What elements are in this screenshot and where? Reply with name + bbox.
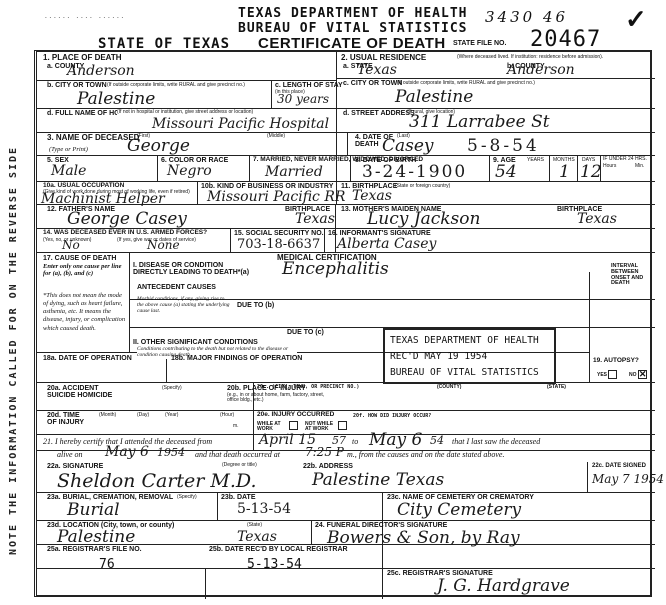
year-label: (Year) [165, 413, 178, 418]
place-of-death-label: 1. PLACE OF DEATH [43, 54, 122, 62]
alive-on-year: 1954 [157, 446, 185, 459]
res-county-value: Anderson [507, 62, 575, 78]
checkmark-icon: ✓ [625, 4, 647, 35]
registrar-file-value: 76 [99, 557, 115, 572]
day-label: (Day) [137, 413, 149, 418]
mother-maiden-name-value: Lucy Jackson [367, 209, 480, 229]
burial-date-value: 5-13-54 [237, 501, 291, 517]
burial-state-value: Texas [237, 529, 277, 545]
armed-forces-label: 14. WAS DECEASED EVER IN U.S. ARMED FORC… [43, 230, 207, 237]
how-injury-occurred-label: 20f. HOW DID INJURY OCCUR? [353, 414, 431, 419]
faded-stamp: ...... .... ...... [45, 10, 126, 20]
due-to-c-label: DUE TO (c) [287, 329, 324, 336]
burial-value: Burial [67, 500, 120, 520]
dob-value: 3-24-1900 [362, 162, 467, 182]
cause-of-death-note: Enter only one cause per line for (a), (… [43, 264, 125, 278]
cause-footnote: *This does not mean the mode of dying, s… [43, 292, 127, 333]
father-birthplace-value: Texas [295, 211, 335, 227]
injury-occurred-label: 20e. INJURY OCCURRED [257, 412, 334, 419]
received-stamp-line-3: BUREAU OF VITAL STATISTICS [390, 365, 549, 381]
armed-forces-war-value: None [147, 238, 180, 252]
street-address-value: 311 Larrabee St [409, 112, 550, 132]
certify-text-3: m., from the causes and on the date stat… [347, 451, 504, 459]
while-at-work-checkbox[interactable] [289, 421, 298, 430]
operation-date-label: 18a. DATE OF OPERATION [43, 355, 132, 362]
received-stamp-line-2: REC'D MAY 19 1954 [390, 349, 549, 365]
burial-location-value: Palestine [57, 527, 135, 547]
death-county-value: Anderson [67, 63, 135, 79]
date-of-death-value: 5-8-54 [467, 136, 540, 156]
bureau-title: BUREAU OF VITAL STATISTICS [238, 21, 468, 36]
due-to-b-label: DUE TO (b) [237, 302, 274, 309]
autopsy-no-checkbox[interactable]: ✕ [638, 370, 647, 379]
hours-label: Hours [603, 164, 616, 169]
autopsy-yes-checkbox[interactable] [608, 370, 617, 379]
death-city-note: (If outside corporate limits, write RURA… [107, 83, 245, 88]
autopsy-yes-label: YES [597, 372, 607, 378]
certificate-form: 1. PLACE OF DEATH a. COUNTY Anderson b. … [34, 50, 652, 597]
street-address-label: d. STREET ADDRESS [343, 110, 415, 117]
race-value: Negro [167, 163, 212, 179]
age-months-value: 1 [559, 162, 570, 182]
alive-on-label: alive on [57, 451, 83, 459]
under-24-hours-label: IF UNDER 24 HRS. [603, 157, 647, 162]
armed-forces-value: No [62, 238, 80, 252]
injury-county-label: (COUNTY) [437, 385, 461, 390]
physician-address-value: Palestine Texas [312, 470, 444, 490]
handwritten-number: 3430 46 [485, 8, 568, 26]
m-label: m. [233, 424, 239, 429]
burial-note: (Specify) [177, 495, 197, 500]
date-of-death-label: 4. DATE OF DEATH [355, 134, 395, 149]
sex-value: Male [51, 163, 86, 179]
attended-to-year: 54 [430, 434, 444, 447]
injury-location-label: 20c. (CITY, TOWN, OR PRECINCT NO.) [257, 385, 359, 390]
occupation-value: Machinist Helper [41, 191, 165, 207]
age-days-value: 12 [580, 162, 602, 182]
injury-state-label: (STATE) [547, 385, 566, 390]
accident-specify: (Specify) [162, 386, 182, 391]
ssn-value: 703-18-6637 [237, 237, 320, 252]
father-name-value: George Casey [67, 209, 187, 229]
usual-residence-note: (Where deceased lived. If institution: r… [457, 55, 603, 60]
middle-name-label: (Middle) [267, 134, 285, 139]
disease-condition-value: Encephalitis [282, 259, 389, 279]
month-label: (Month) [99, 413, 116, 418]
deceased-name-label: 3. NAME OF DECEASED [47, 134, 139, 142]
hospital-value: Missouri Pacific Hospital [152, 116, 329, 132]
res-city-label: c. CITY OR TOWN [343, 80, 402, 87]
res-city-note: (If outside corporate limits, write RURA… [397, 81, 535, 86]
burial-state-label: (State) [247, 523, 262, 528]
res-state-value: Texas [357, 62, 397, 78]
mother-birthplace-value: Texas [577, 211, 617, 227]
date-signed-label: 22c. DATE SIGNED [592, 463, 646, 469]
local-registrar-date-label: 25b. DATE REC'D BY LOCAL REGISTRAR [209, 546, 348, 553]
birthplace-value: Texas [352, 188, 392, 204]
cause-of-death-label: 17. CAUSE OF DEATH [43, 255, 116, 262]
to-word: to [352, 438, 358, 446]
alive-on-date: May 6 [105, 444, 149, 460]
autopsy-no-label: NO [629, 372, 637, 378]
accident-label: 20a. ACCIDENT SUICIDE HOMICIDE [47, 385, 117, 400]
state-file-number: 20467 [530, 27, 601, 52]
first-name-value: George [127, 136, 190, 156]
res-city-value: Palestine [395, 87, 473, 107]
autopsy-label: 19. AUTOPSY? [593, 358, 639, 365]
received-stamp-line-1: TEXAS DEPARTMENT OF HEALTH [390, 333, 549, 349]
not-while-at-work-checkbox[interactable] [338, 421, 347, 430]
certify-text-2: that I last saw the deceased [452, 438, 540, 446]
place-of-injury-note: (e.g., in or about home, farm, factory, … [227, 393, 337, 404]
funeral-director-signature: Bowers & Son, by Ray [327, 528, 520, 548]
interval-label: INTERVAL BETWEEN ONSET AND DEATH [611, 264, 655, 287]
hospital-note: (If not in hospital or institution, give… [117, 110, 253, 115]
antecedent-causes-label: ANTECEDENT CAUSES [137, 284, 216, 291]
death-time-value: 7:25 P [305, 445, 344, 459]
business-value: Missouri Pacific RR [207, 189, 345, 205]
degree-title-label: (Degree or title) [222, 463, 257, 468]
not-while-at-work-label: NOT WHILE AT WORK [305, 422, 339, 433]
received-stamp: TEXAS DEPARTMENT OF HEALTH REC'D MAY 19 … [383, 328, 556, 384]
local-registrar-date-value: 5-13-54 [247, 557, 302, 572]
age-years-label: YEARS [527, 158, 544, 163]
while-at-work-label: WHILE AT WORK [257, 422, 289, 433]
informant-signature-value: Alberta Casey [337, 236, 436, 252]
operation-findings-label: 18b. MAJOR FINDINGS OF OPERATION [171, 355, 302, 362]
length-of-stay-value: 30 years [277, 92, 329, 106]
side-note: NOTE THE INFORMATION CALLED FOR ON THE R… [8, 140, 24, 560]
age-years-value: 54 [495, 162, 517, 182]
death-occurred-label: and that death occurred at [195, 451, 280, 459]
time-of-injury-label: 20d. TIME OF INJURY [47, 412, 87, 427]
registrar-file-label: 25a. REGISTRAR'S FILE NO. [47, 546, 142, 553]
attended-to-date: May 6 [369, 430, 422, 450]
marital-status-value: Married [265, 164, 323, 180]
death-city-value: Palestine [77, 89, 155, 109]
department-title: TEXAS DEPARTMENT OF HEALTH [238, 6, 468, 21]
physician-signature: Sheldon Carter M.D. [57, 470, 257, 492]
state-file-label: STATE FILE NO. [453, 40, 506, 47]
hour-label: (Hour) [220, 413, 234, 418]
deceased-name-note: (Type or Print) [49, 147, 88, 154]
disease-condition-label: I. DISEASE OR CONDITION DIRECTLY LEADING… [133, 262, 253, 277]
cemetery-value: City Cemetery [397, 500, 521, 520]
minutes-label: Min. [635, 164, 644, 169]
birthplace-note: (State or foreign country) [395, 184, 450, 189]
date-signed-value: May 7 1954 [592, 472, 664, 486]
registrar-signature: J. G. Hardgrave [437, 576, 570, 596]
antecedent-causes-note: Morbid conditions, if any, giving rise t… [137, 297, 232, 314]
